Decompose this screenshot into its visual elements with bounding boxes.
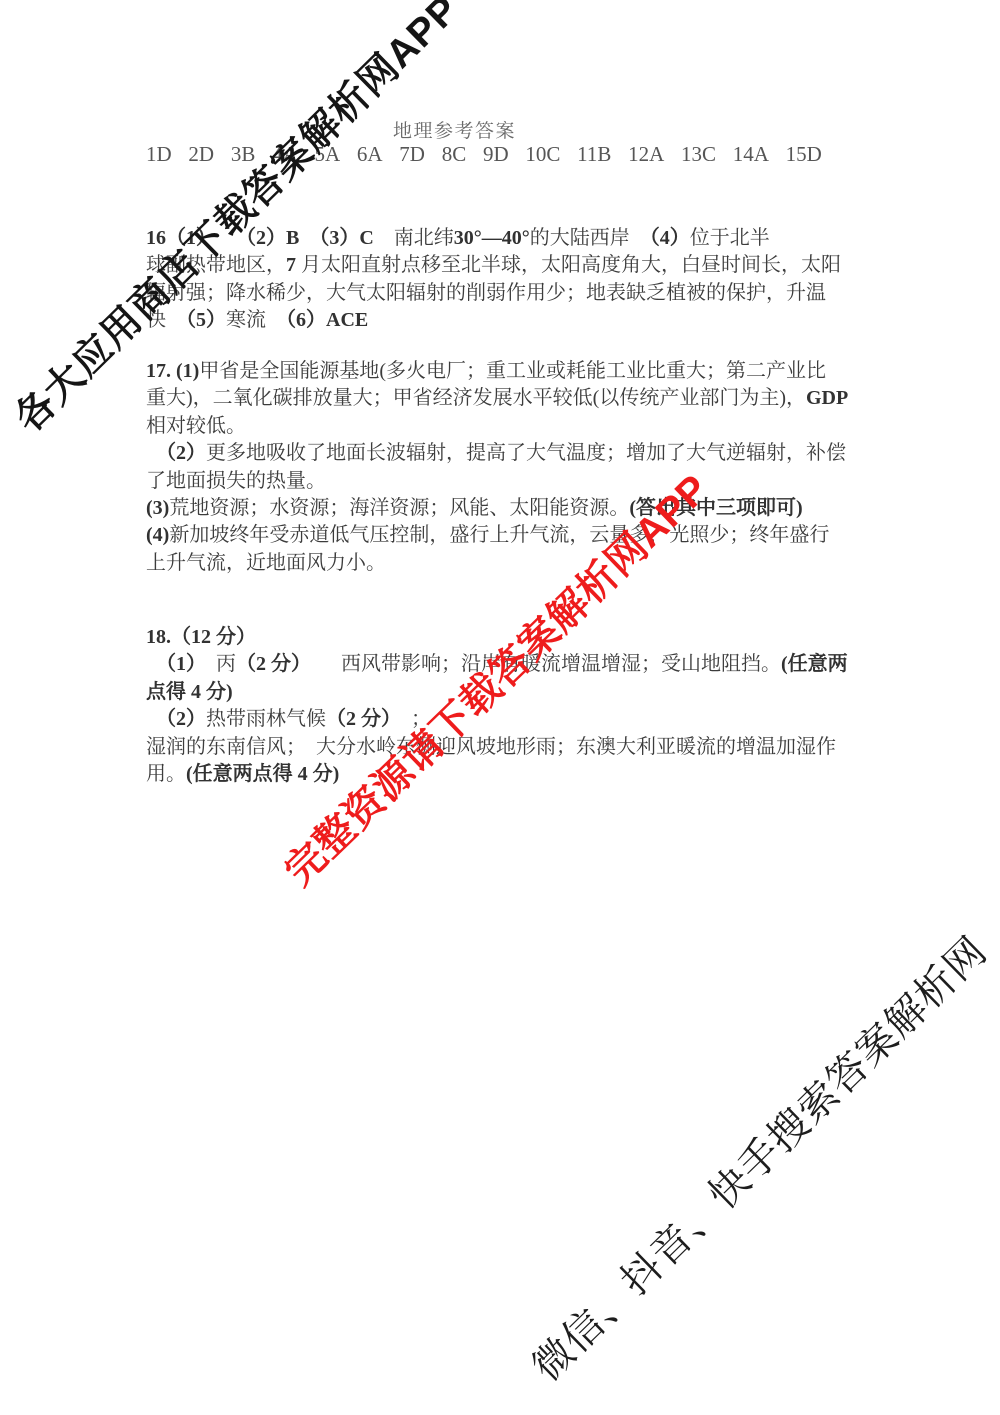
- text-line: 了地面损失的热量。: [146, 468, 852, 495]
- text-line: （2）热带雨林气候（2 分） ；: [146, 706, 852, 733]
- text-line: （1） 丙（2 分） 西风带影响；沿岸有暖流增温增湿；受山地阻挡。(任意两: [146, 651, 852, 678]
- answer-item: 6A: [357, 142, 383, 167]
- question-16-answer-block: 16（1） （2）B （3）C 南北纬30°—40°的大陆西岸 （4）位于北半球…: [146, 225, 852, 335]
- answer-item: 8C: [442, 142, 467, 167]
- text-line: 重大)，二氧化碳排放量大；甲省经济发展水平较低(以传统产业部门为主)，GDP: [146, 385, 852, 412]
- answer-item: 15D: [786, 142, 822, 167]
- text-line: 快 （5）寒流 （6）ACE: [146, 307, 852, 334]
- scanned-answer-sheet-page: 地理参考答案 1D2D3B4A5A6A7D8C9D10C11B12A13C14A…: [0, 0, 1000, 1415]
- answer-item: 10C: [525, 142, 560, 167]
- text-line: 球副热带地区，7 月太阳直射点移至北半球，太阳高度角大，白昼时间长，太阳: [146, 252, 852, 279]
- watermark-bottom-right: 微信、抖音、快手搜索答案解析网: [526, 930, 994, 1388]
- multiple-choice-answer-row: 1D2D3B4A5A6A7D8C9D10C11B12A13C14A15D: [146, 142, 822, 167]
- answer-item: 1D: [146, 142, 172, 167]
- text-line: 辐射强；降水稀少，大气太阳辐射的削弱作用少；地表缺乏植被的保护，升温: [146, 280, 852, 307]
- text-line: 点得 4 分): [146, 679, 852, 706]
- answer-item: 4A: [272, 142, 298, 167]
- text-line: 湿润的东南信风； 大分水岭东侧迎风坡地形雨；东澳大利亚暖流的增温加湿作: [146, 734, 852, 761]
- answer-item: 12A: [628, 142, 664, 167]
- text-line: 18.（12 分）: [146, 624, 852, 651]
- question-18-answer-block: 18.（12 分） （1） 丙（2 分） 西风带影响；沿岸有暖流增温增湿；受山地…: [146, 624, 852, 788]
- text-line: (3)荒地资源；水资源；海洋资源；风能、太阳能资源。(答出其中三项即可): [146, 495, 852, 522]
- text-line: 17. (1)甲省是全国能源基地(多火电厂；重工业或耗能工业比重大；第二产业比: [146, 358, 852, 385]
- question-17-answer-block: 17. (1)甲省是全国能源基地(多火电厂；重工业或耗能工业比重大；第二产业比重…: [146, 358, 852, 577]
- answer-item: 2D: [188, 142, 214, 167]
- text-line: (4)新加坡终年受赤道低气压控制，盛行上升气流，云量多，光照少；终年盛行: [146, 522, 852, 549]
- answer-item: 9D: [483, 142, 509, 167]
- text-line: 用。(任意两点得 4 分): [146, 761, 852, 788]
- answer-item: 11B: [577, 142, 611, 167]
- answer-item: 14A: [733, 142, 769, 167]
- text-line: 相对较低。: [146, 413, 852, 440]
- text-line: （2）更多地吸收了地面长波辐射，提高了大气温度；增加了大气逆辐射，补偿: [146, 440, 852, 467]
- answer-item: 13C: [681, 142, 716, 167]
- answer-item: 5A: [314, 142, 340, 167]
- text-line: 上升气流，近地面风力小。: [146, 550, 852, 577]
- page-title: 地理参考答案: [393, 116, 516, 143]
- answer-item: 3B: [231, 142, 256, 167]
- text-line: 16（1） （2）B （3）C 南北纬30°—40°的大陆西岸 （4）位于北半: [146, 225, 852, 252]
- answer-item: 7D: [399, 142, 425, 167]
